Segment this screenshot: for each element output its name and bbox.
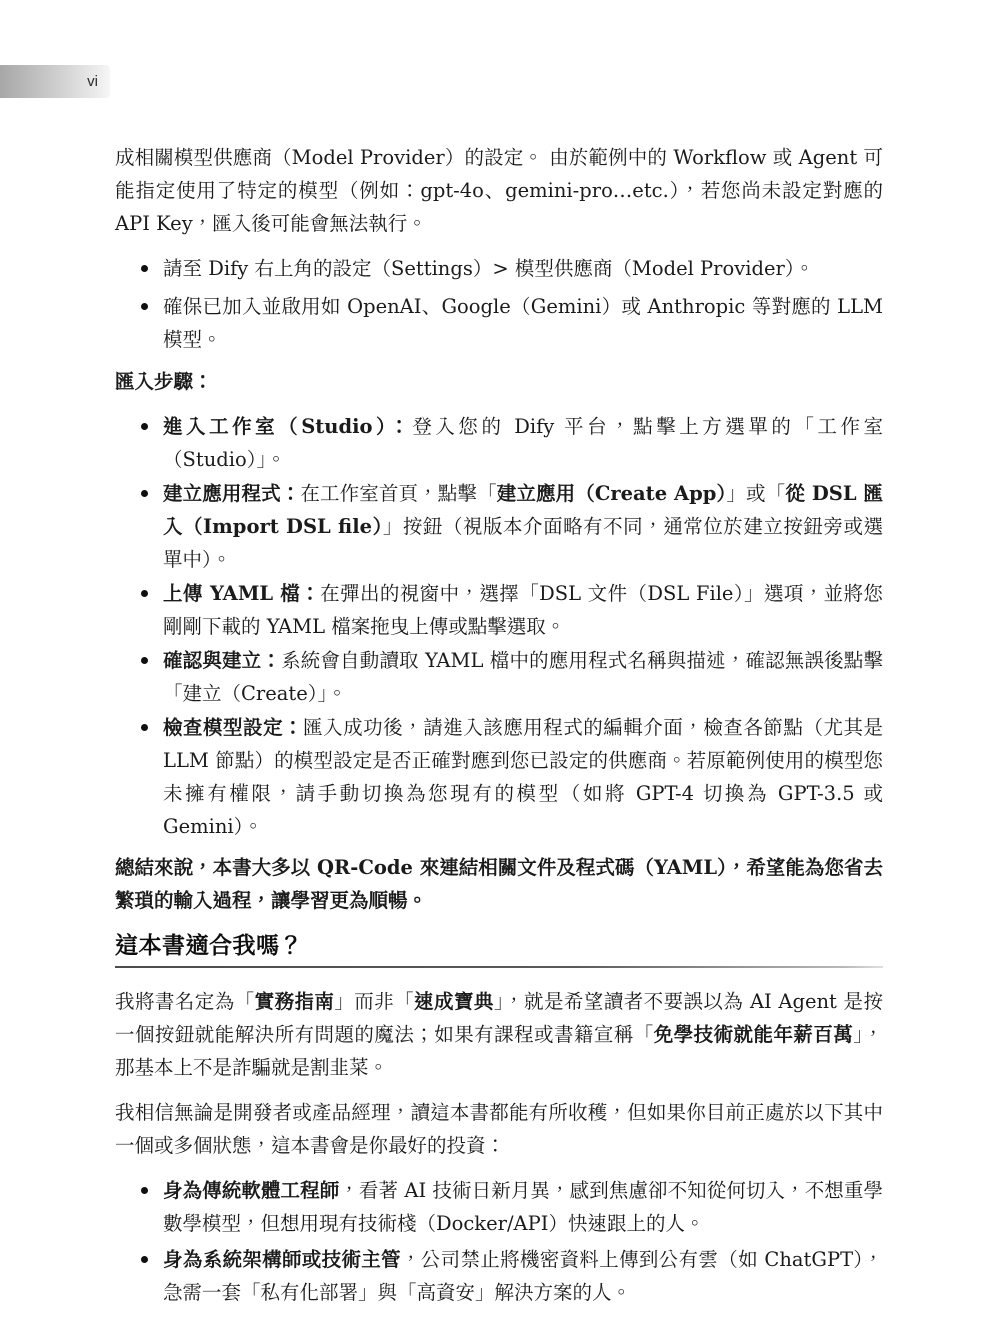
text-run-bold: 實務指南 bbox=[255, 990, 335, 1013]
step-upload-yaml: 上傳 YAML 檔：在彈出的視窗中，選擇「DSL 文件（DSL File）」選項… bbox=[115, 577, 883, 643]
text-run: 」而非「 bbox=[334, 990, 414, 1013]
text-run-bold: 免學技術就能年薪百萬 bbox=[654, 1023, 854, 1046]
bullet-item-enable-llm: 確保已加入並啟用如 OpenAI、Google（Gemini）或 Anthrop… bbox=[115, 290, 883, 356]
import-steps-list: 進入工作室（Studio）：登入您的 Dify 平台，點擊上方選單的「工作室（S… bbox=[115, 410, 883, 843]
step-text: 」或「 bbox=[726, 482, 785, 505]
step-enter-studio: 進入工作室（Studio）：登入您的 Dify 平台，點擊上方選單的「工作室（S… bbox=[115, 410, 883, 476]
step-label: 檢查模型設定： bbox=[163, 716, 303, 739]
text-run: 我將書名定為「 bbox=[115, 990, 255, 1013]
page-content: 成相關模型供應商（Model Provider）的設定。 由於範例中的 Work… bbox=[115, 141, 883, 1318]
step-label: 進入工作室（Studio）： bbox=[163, 415, 412, 438]
page-number: vi bbox=[87, 73, 98, 90]
step-label: 建立應用程式： bbox=[163, 482, 300, 505]
step-label: 上傳 YAML 檔： bbox=[163, 582, 320, 605]
step-text-bold: 建立應用（Create App） bbox=[497, 482, 727, 505]
step-create-app: 建立應用程式：在工作室首頁，點擊「建立應用（Create App）」或「從 DS… bbox=[115, 477, 883, 576]
section-heading-fit: 這本書適合我嗎？ bbox=[115, 931, 883, 959]
paragraph-model-provider: 成相關模型供應商（Model Provider）的設定。 由於範例中的 Work… bbox=[115, 141, 883, 240]
heading-rule bbox=[115, 966, 883, 968]
settings-bullet-list: 請至 Dify 右上角的設定（Settings）> 模型供應商（Model Pr… bbox=[115, 252, 883, 356]
audience-bullet-list: 身為傳統軟體工程師，看著 AI 技術日新月異，感到焦慮卻不知從何切入，不想重學數… bbox=[115, 1174, 883, 1309]
step-text: 在工作室首頁，點擊「 bbox=[300, 482, 496, 505]
text-run-bold: 速成寶典 bbox=[414, 990, 494, 1013]
bullet-item-settings-path: 請至 Dify 右上角的設定（Settings）> 模型供應商（Model Pr… bbox=[115, 252, 883, 285]
step-label: 確認與建立： bbox=[163, 649, 281, 672]
paragraph-book-naming: 我將書名定為「實務指南」而非「速成寶典」，就是希望讀者不要誤以為 AI Agen… bbox=[115, 985, 883, 1084]
paragraph-summary: 總結來說，本書大多以 QR-Code 來連結相關文件及程式碼（YAML），希望能… bbox=[115, 851, 883, 917]
bullet-label: 身為傳統軟體工程師 bbox=[163, 1179, 339, 1202]
step-confirm-create: 確認與建立：系統會自動讀取 YAML 檔中的應用程式名稱與描述，確認無誤後點擊「… bbox=[115, 644, 883, 710]
step-check-model: 檢查模型設定：匯入成功後，請進入該應用程式的編輯介面，檢查各節點（尤其是 LLM… bbox=[115, 711, 883, 843]
page-number-bar: vi bbox=[0, 65, 110, 98]
paragraph-audience: 我相信無論是開發者或產品經理，讀這本書都能有所收穫，但如果你目前正處於以下其中一… bbox=[115, 1096, 883, 1162]
bullet-item-architect: 身為系統架構師或技術主管，公司禁止將機密資料上傳到公有雲（如 ChatGPT），… bbox=[115, 1243, 883, 1309]
steps-title: 匯入步驟： bbox=[115, 365, 883, 398]
bullet-label: 身為系統架構師或技術主管 bbox=[163, 1248, 401, 1271]
bullet-item-software-engineer: 身為傳統軟體工程師，看著 AI 技術日新月異，感到焦慮卻不知從何切入，不想重學數… bbox=[115, 1174, 883, 1240]
